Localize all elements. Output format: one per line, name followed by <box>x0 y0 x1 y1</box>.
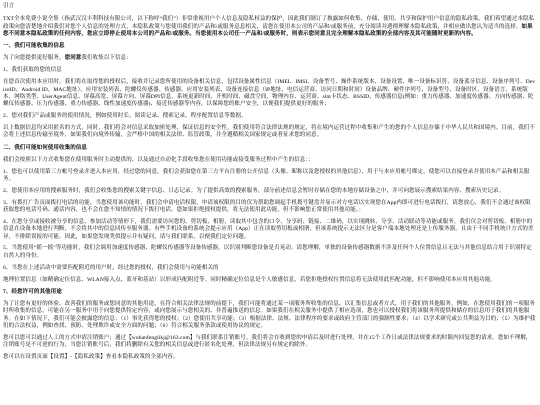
document-body: 引言TXT全本免费小说全集（指武汉汉丰利科技有限公司，以下称呼“我们”）非常重视… <box>3 3 536 361</box>
text-run: 1、我们获取的您的信息 <box>3 67 62 73</box>
bold-text-run: 一、我们可能收集的信息 <box>3 43 65 49</box>
text-run: TXT全本免费小说全集（指武汉汉丰利科技有限公司，以下称呼“我们”）非常重视用户… <box>3 16 534 29</box>
text-run: 在您首次使用本应用时，我们将在取得您的授权后，接收并记录您所使用的设备相关信息，… <box>3 79 535 107</box>
text-run: 4、在您分享或接收被分享的信息、参加活动等情形下，我们需要访问您的、剪切板、相册… <box>3 219 534 240</box>
text-run: 3、有拨打广告页面拨打电话的功能。当您使用该功能时，我们会申请电话权限，申请该权… <box>3 200 531 213</box>
paragraph: 5、当您使用“摇一摇”等功能时，我们会调用加速度传感器、陀螺仪传感器等设备传感器… <box>3 245 536 260</box>
paragraph: 1、我们获取的您的信息 <box>3 67 536 74</box>
paragraph: 2、您使用本应用的搜索服务时，我们会收集您的搜索关键字信息、日志记录。为了提供高… <box>3 188 536 195</box>
paragraph: 4、在您分享或接收被分享的信息、参加活动等情形下，我们需要访问您的、剪切板、相册… <box>3 219 536 241</box>
paragraph: 为了向您提供更好服务，您同意我们收集以下信息： <box>3 55 536 62</box>
bold-text-run: 二、我们可能如何使用收集的信息 <box>3 145 87 151</box>
text-run: 地理位置信息（如精确定位信息、WLAN接入点、蓝牙和基站）以形成匹配附近等。同时… <box>3 277 496 283</box>
text-run: 我们收集以下信息： <box>81 55 131 61</box>
section-heading: 一、我们可能收集的信息 <box>3 43 536 50</box>
text-run: 以上数据信息均采用匿名的方式。同时，我们将会对信息采取加密处理，保证信息的安全性… <box>3 125 535 138</box>
paragraph: 您可以您可以通过人工的方式申请注销账户；通过【wuhanfenglikj@163… <box>3 335 536 350</box>
paragraph: 6、当您在上述活动中需要匹配附近的用户时，经过您的授权，我们会使用与功能相关的 <box>3 265 536 272</box>
section-heading: 二、我们可能如何使用收集的信息 <box>3 145 536 152</box>
bold-text-run: 7、经您许可的其他用途 <box>3 289 62 295</box>
paragraph: 3、有拨打广告页面拨打电话的功能。当您使用该功能时，我们会申请电话权限，申请该权… <box>3 200 536 215</box>
paragraph: 1、您也可以使用第三方帐号登录并进入本应用，经过您的同意，我们会获取您在第三方平… <box>3 169 536 184</box>
paragraph: 为了让您有更好的体验、改善我们的服务或您同意的其他用途，在符合相关法律法规的前提… <box>3 301 536 330</box>
text-run: 5、当您使用“摇一摇”等功能时，我们会调用加速度传感器、陀螺仪传感器等设备传感器… <box>3 245 532 258</box>
paragraph: 在您首次使用本应用时，我们将在取得您的授权后，接收并记录您所使用的设备相关信息，… <box>3 79 536 108</box>
section-heading: 7、经您许可的其他用途 <box>3 289 536 296</box>
text-run: 您可以您可以通过人工的方式申请注销账户；通过【wuhanfenglikj@163… <box>3 335 532 348</box>
text-run: 为了向您提供更好服务， <box>3 55 65 61</box>
text-run: 我们会按照以下方式收集您在使用服务时主动提供的、以及通过自动化手段收集您在使用功… <box>3 157 314 163</box>
text-run: 6、当您在上述活动中需要匹配附近的用户时，经过您的授权，我们会使用与功能相关的 <box>3 265 219 271</box>
text-run: 引言 <box>3 3 14 9</box>
paragraph: 2、您对我们产品或服务的使用情况，例如使用时长、阅读记录、搜索记录、程序配置信息… <box>3 113 536 120</box>
paragraph: 我们会按照以下方式收集您在使用服务时主动提供的、以及通过自动化手段收集您在使用功… <box>3 157 536 164</box>
paragraph: 您可以在设置页面【设置】-【隐私政策】查看本隐私政策的全部内容。 <box>3 354 536 361</box>
text-run: 2、您使用本应用的搜索服务时，我们会收集您的搜索关键字信息、日志记录。为了提供高… <box>3 188 504 194</box>
document-title: 引言 <box>3 3 536 10</box>
text-run: 您可以在设置页面【设置】-【隐私政策】查看本隐私政策的全部内容。 <box>3 354 179 360</box>
privacy-policy-page: 引言TXT全本免费小说全集（指武汉汉丰利科技有限公司，以下称呼“我们”）非常重视… <box>0 0 540 405</box>
paragraph: 地理位置信息（如精确定位信息、WLAN接入点、蓝牙和基站）以形成匹配附近等。同时… <box>3 277 536 284</box>
text-run: 2、您对我们产品或服务的使用情况，例如使用时长、阅读记录、搜索记录、程序配置信息… <box>3 113 247 119</box>
bold-text-run: 您同意 <box>65 55 82 61</box>
paragraph: TXT全本免费小说全集（指武汉汉丰利科技有限公司，以下称呼“我们”）非常重视用户… <box>3 16 536 38</box>
paragraph: 以上数据信息均采用匿名的方式。同时，我们将会对信息采取加密处理，保证信息的安全性… <box>3 125 536 140</box>
text-run: 为了让您有更好的体验、改善我们的服务或您同意的其他用途，在符合相关法律法规的前提… <box>3 301 536 329</box>
text-run: 1、您也可以使用第三方帐号登录并进入本应用，经过您的同意，我们会获取您在第三方平… <box>3 169 530 182</box>
